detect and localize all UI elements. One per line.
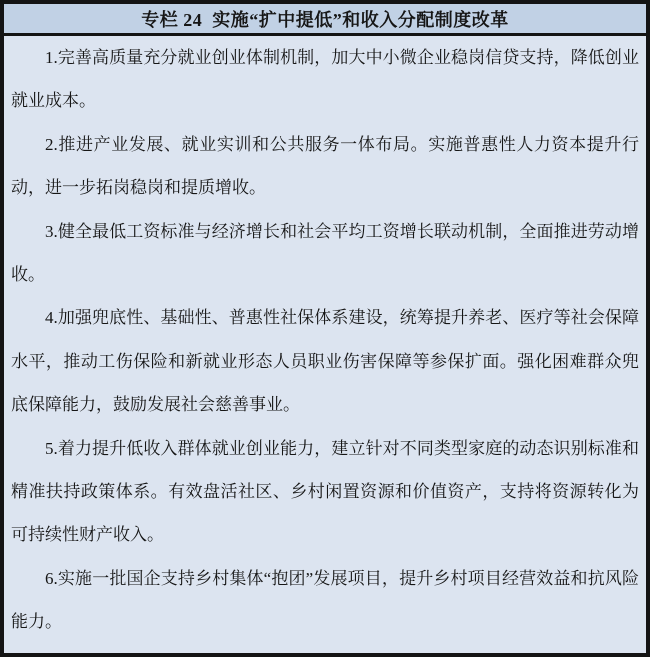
paragraph-item-5: 5.着力提升低收入群体就业创业能力，建立针对不同类型家庭的动态识别标准和精准扶持…: [11, 427, 639, 557]
panel-title: 专栏 24 实施“扩中提低”和收入分配制度改革: [141, 6, 509, 32]
column-panel: 专栏 24 实施“扩中提低”和收入分配制度改革 1.完善高质量充分就业创业体制机…: [0, 0, 650, 657]
paragraph-item-6: 6.实施一批国企支持乡村集体“抱团”发展项目，提升乡村项目经营效益和抗风险能力。: [11, 557, 639, 644]
paragraph-item-2: 2.推进产业发展、就业实训和公共服务一体布局。实施普惠性人力资本提升行动，进一步…: [11, 123, 639, 210]
panel-body: 1.完善高质量充分就业创业体制机制，加大中小微企业稳岗信贷支持，降低创业就业成本…: [4, 36, 646, 653]
paragraph-item-4: 4.加强兜底性、基础性、普惠性社保体系建设，统筹提升养老、医疗等社会保障水平，推…: [11, 296, 639, 426]
paragraph-item-1: 1.完善高质量充分就业创业体制机制，加大中小微企业稳岗信贷支持，降低创业就业成本…: [11, 36, 639, 123]
panel-title-bar: 专栏 24 实施“扩中提低”和收入分配制度改革: [4, 4, 646, 36]
paragraph-item-3: 3.健全最低工资标准与经济增长和社会平均工资增长联动机制，全面推进劳动增收。: [11, 210, 639, 297]
